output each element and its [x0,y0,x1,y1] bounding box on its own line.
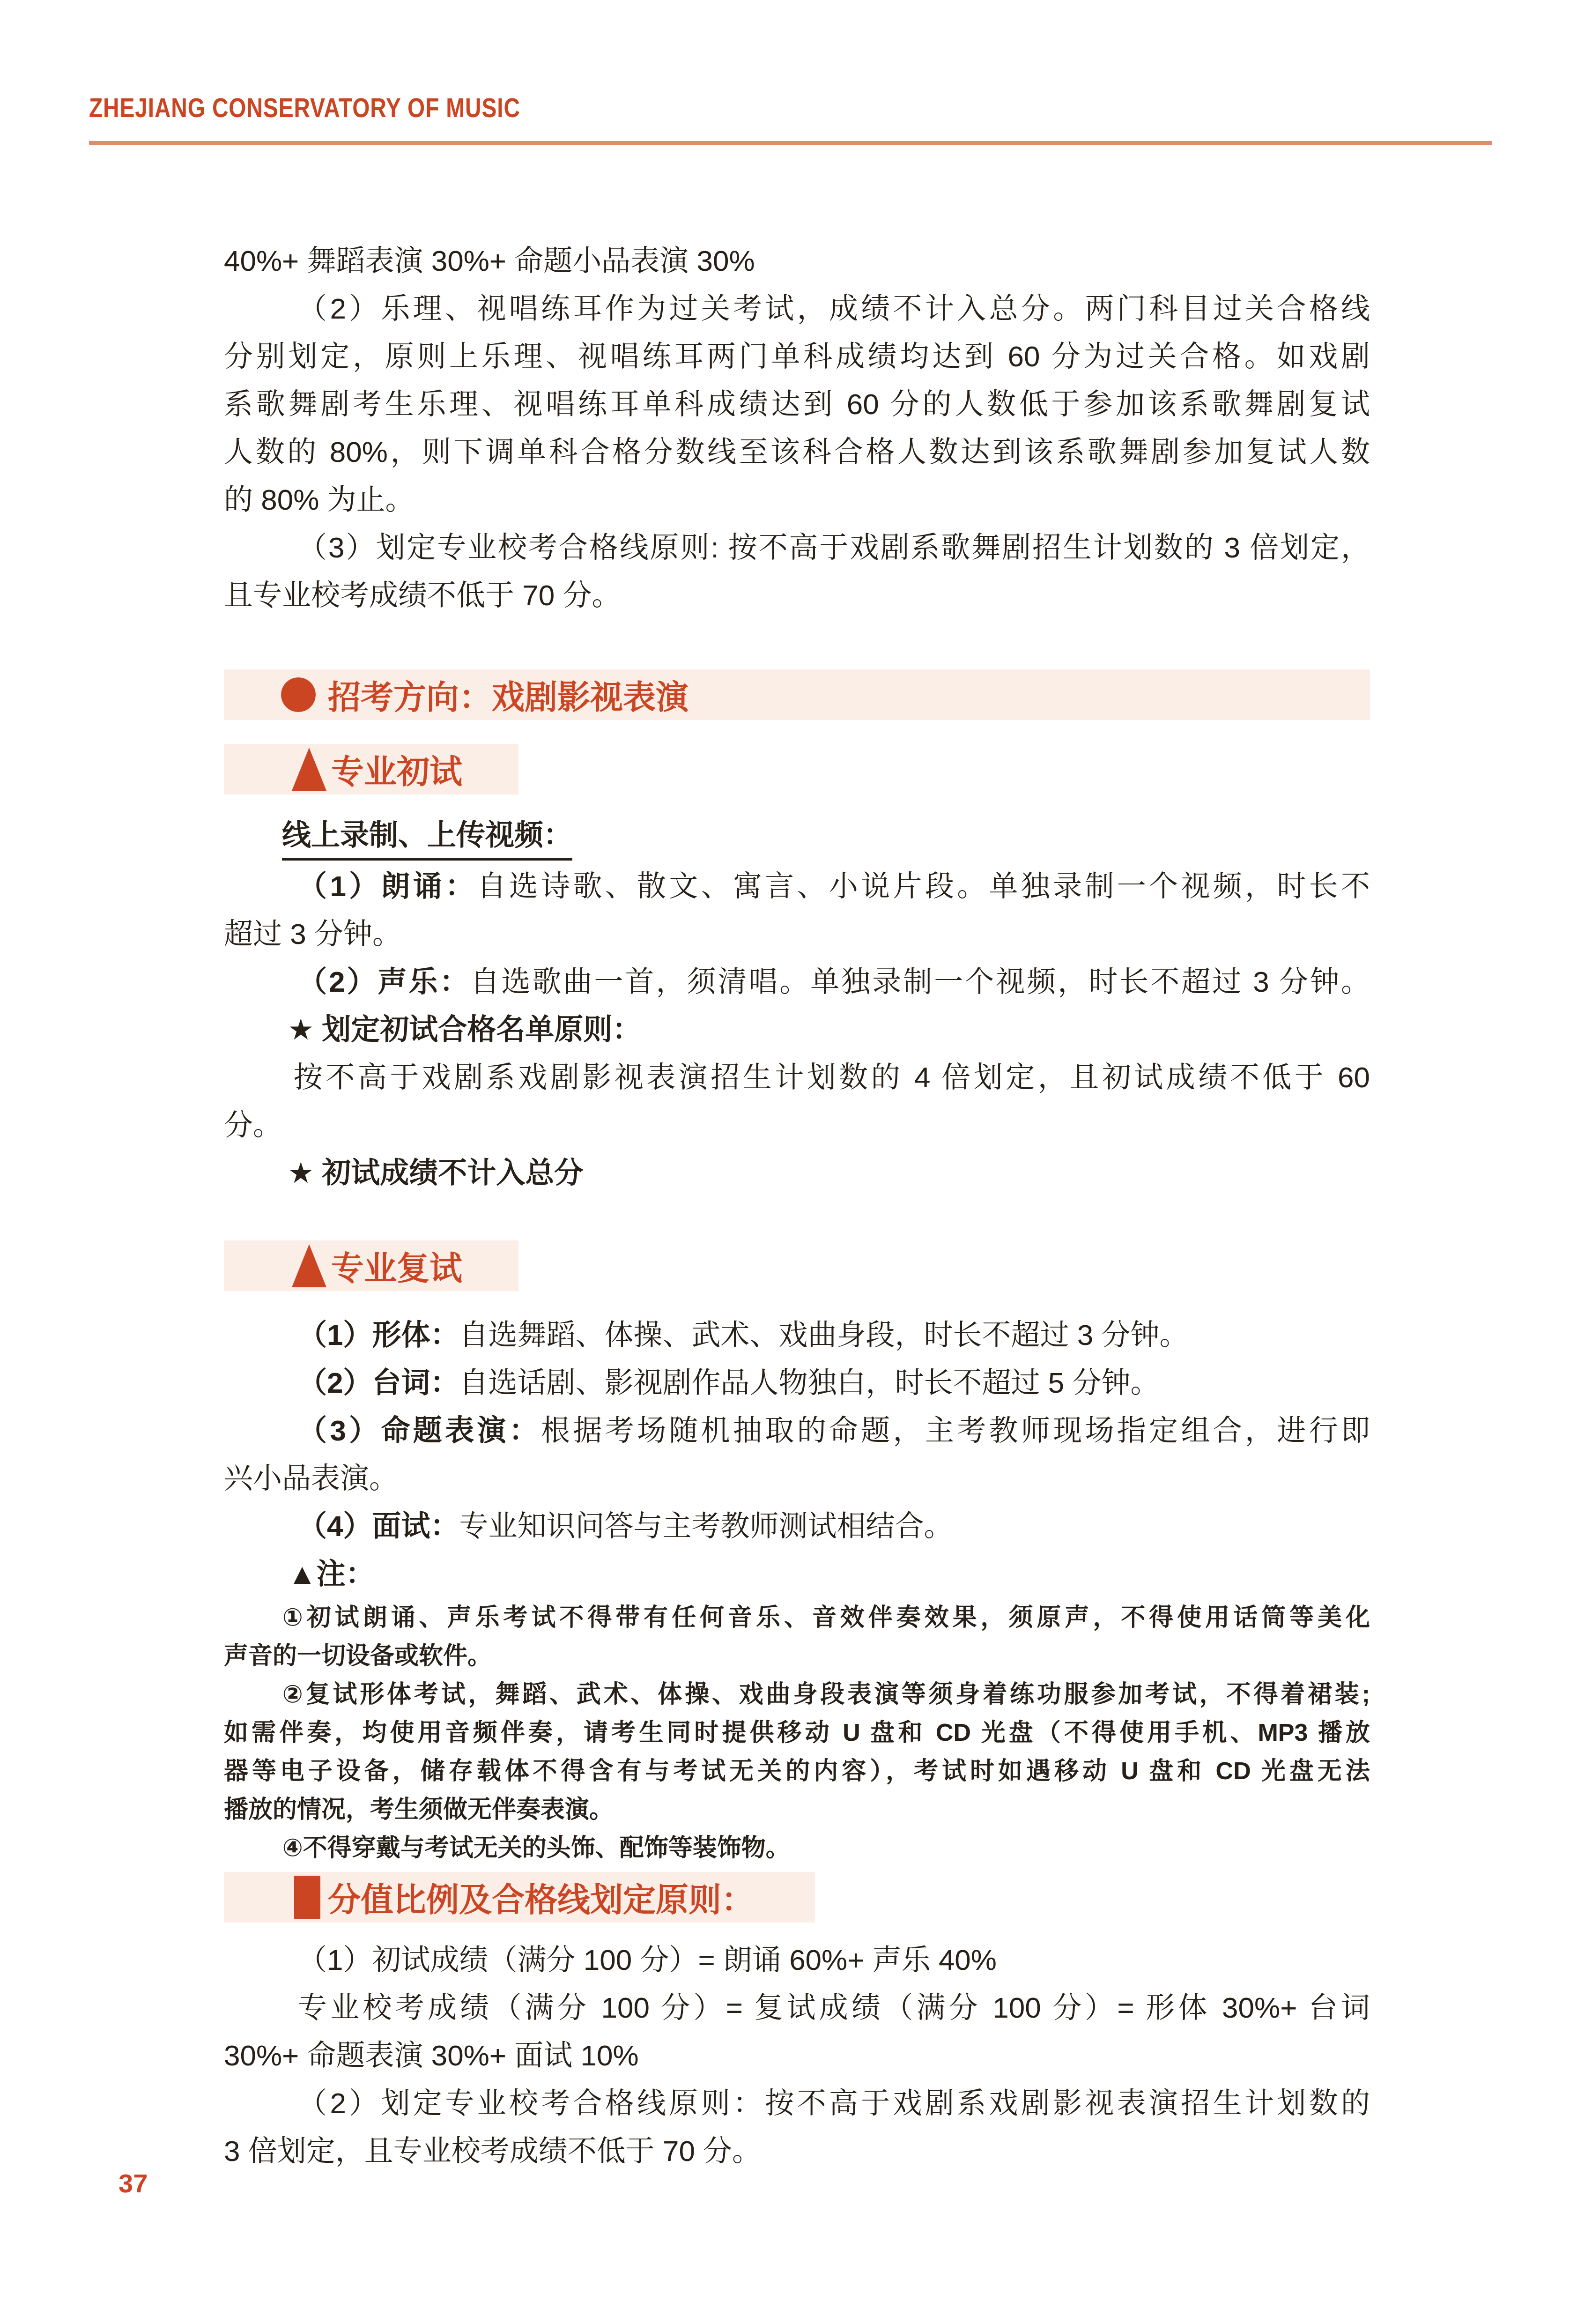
note-line: ④不得穿戴与考试无关的头饰、配饰等装饰物。 [224,1829,1370,1867]
notes-heading: ▲注： [224,1551,1370,1598]
online-recording-heading: 线上录制、上传视频： [282,815,572,861]
first-round-score-note: ★ 初试成绩不计入总分 [224,1150,1370,1197]
section-band-admission-direction: 招考方向：戏剧影视表演 [224,669,1370,720]
intro-line: 系歌舞剧考生乐理、视唱练耳单科成绩达到 60 分的人数低于参加该系歌舞剧复试 [224,381,1370,429]
second-round-item-improv-cont: 兴小品表演。 [224,1455,1370,1503]
section-band-scoring: 分值比例及合格线划定原则： [224,1872,815,1923]
note-line: 器等电子设备，储存载体不得含有与考试无关的内容），考试时如遇移动 U 盘和 CD… [224,1752,1370,1790]
first-round-item-vocal: （2）声乐：自选歌曲一首，须清唱。单独录制一个视频，时长不超过 3 分钟。 [224,958,1370,1006]
content-column: 40%+ 舞蹈表演 30%+ 命题小品表演 30% （2）乐理、视唱练耳作为过关… [224,0,1370,2176]
note-line: 如需伴奏，均使用音频伴奏，请考生同时提供移动 U 盘和 CD 光盘（不得使用手机… [224,1714,1370,1752]
scoring-line: 专业校考成绩（满分 100 分）= 复试成绩（满分 100 分）= 形体 30%… [224,1984,1370,2032]
item-text: 自选歌曲一首，须清唱。单独录制一个视频，时长不超过 3 分钟。 [471,966,1370,998]
item-text: 自选诗歌、散文、寓言、小说片段。单独录制一个视频，时长不 [477,870,1370,903]
note-line: 声音的一切设备或软件。 [224,1637,1370,1675]
intro-line: （3）划定专业校考合格线原则: 按不高于戏剧系歌舞剧招生计划数的 3 倍划定， [224,524,1370,572]
item-text: 自选舞蹈、体操、武术、戏曲身段，时长不超过 3 分钟。 [459,1319,1189,1351]
circle-bullet-icon [281,677,316,712]
note-line: ②复试形体考试，舞蹈、武术、体操、戏曲身段表演等须身着练功服参加考试，不得着裙装… [224,1675,1370,1714]
scoring-line: 30%+ 命题表演 30%+ 面试 10% [224,2032,1370,2080]
second-round-item-lines: （2）台词：自选话剧、影视剧作品人物独白，时长不超过 5 分钟。 [224,1359,1370,1407]
item-label: （2）台词： [298,1367,459,1399]
section-title: 招考方向：戏剧影视表演 [328,671,689,719]
intro-line: （2）乐理、视唱练耳作为过关考试，成绩不计入总分。两门科目过关合格线 [224,285,1370,333]
triangle-bullet-icon [292,1244,326,1287]
first-round-band-title: 专业初试 [331,746,462,793]
subsection-band-second-round: 专业复试 [224,1240,518,1291]
scoring-line: （2）划定专业校考合格线原则：按不高于戏剧系戏剧影视表演招生计划数的 [224,2080,1370,2128]
triangle-bullet-icon [292,748,326,791]
scoring-line: 3 倍划定，且专业校考成绩不低于 70 分。 [224,2128,1370,2176]
note-line: ①初试朗诵、声乐考试不得带有任何音乐、音效伴奏效果，须原声，不得使用话筒等美化 [224,1598,1370,1637]
item-text: 自选话剧、影视剧作品人物独白，时长不超过 5 分钟。 [459,1367,1160,1399]
page-number: 37 [118,2168,148,2198]
square-bullet-icon [294,1876,320,1919]
intro-line: 且专业校考成绩不低于 70 分。 [224,572,1370,620]
item-label: （2）声乐： [298,966,470,998]
first-round-pass-rule-heading: ★ 划定初试合格名单原则： [224,1006,1370,1054]
subsection-band-first-round: 专业初试 [224,744,518,794]
second-round-item-interview: （4）面试：专业知识问答与主考教师测试相结合。 [224,1503,1370,1551]
note-line: 播放的情况，考生须做无伴奏表演。 [224,1790,1370,1829]
first-round-item-recitation: （1）朗诵：自选诗歌、散文、寓言、小说片段。单独录制一个视频，时长不 [224,863,1370,911]
first-round-pass-rule-cont: 分。 [224,1102,1370,1150]
first-round-item-recitation-cont: 超过 3 分钟。 [224,911,1370,958]
item-text: 根据考场随机抽取的命题，主考教师现场指定组合，进行即 [541,1415,1370,1447]
item-label: （1）朗诵： [298,870,477,903]
second-round-item-body: （1）形体：自选舞蹈、体操、武术、戏曲身段，时长不超过 3 分钟。 [224,1312,1370,1359]
first-round-pass-rule: 按不高于戏剧系戏剧影视表演招生计划数的 4 倍划定，且初试成绩不低于 60 [224,1054,1370,1102]
intro-line: 40%+ 舞蹈表演 30%+ 命题小品表演 30% [224,238,1370,285]
intro-line: 分别划定，原则上乐理、视唱练耳两门单科成绩均达到 60 分为过关合格。如戏剧 [224,333,1370,381]
scoring-line: （1）初试成绩（满分 100 分）= 朗诵 60%+ 声乐 40% [224,1937,1370,1984]
item-label: （3）命题表演： [298,1415,541,1447]
second-round-band-title: 专业复试 [331,1242,462,1290]
item-text: 专业知识问答与主考教师测试相结合。 [459,1510,953,1543]
item-label: （4）面试： [298,1510,459,1543]
item-label: （1）形体： [298,1319,459,1351]
scoring-band-title: 分值比例及合格线划定原则： [328,1874,754,1921]
second-round-item-improv: （3）命题表演：根据考场随机抽取的命题，主考教师现场指定组合，进行即 [224,1407,1370,1455]
intro-line: 的 80% 为止。 [224,476,1370,524]
intro-line: 人数的 80%，则下调单科合格分数线至该科合格人数达到该系歌舞剧参加复试人数 [224,429,1370,476]
online-recording-heading-row: 线上录制、上传视频： [224,815,1370,863]
